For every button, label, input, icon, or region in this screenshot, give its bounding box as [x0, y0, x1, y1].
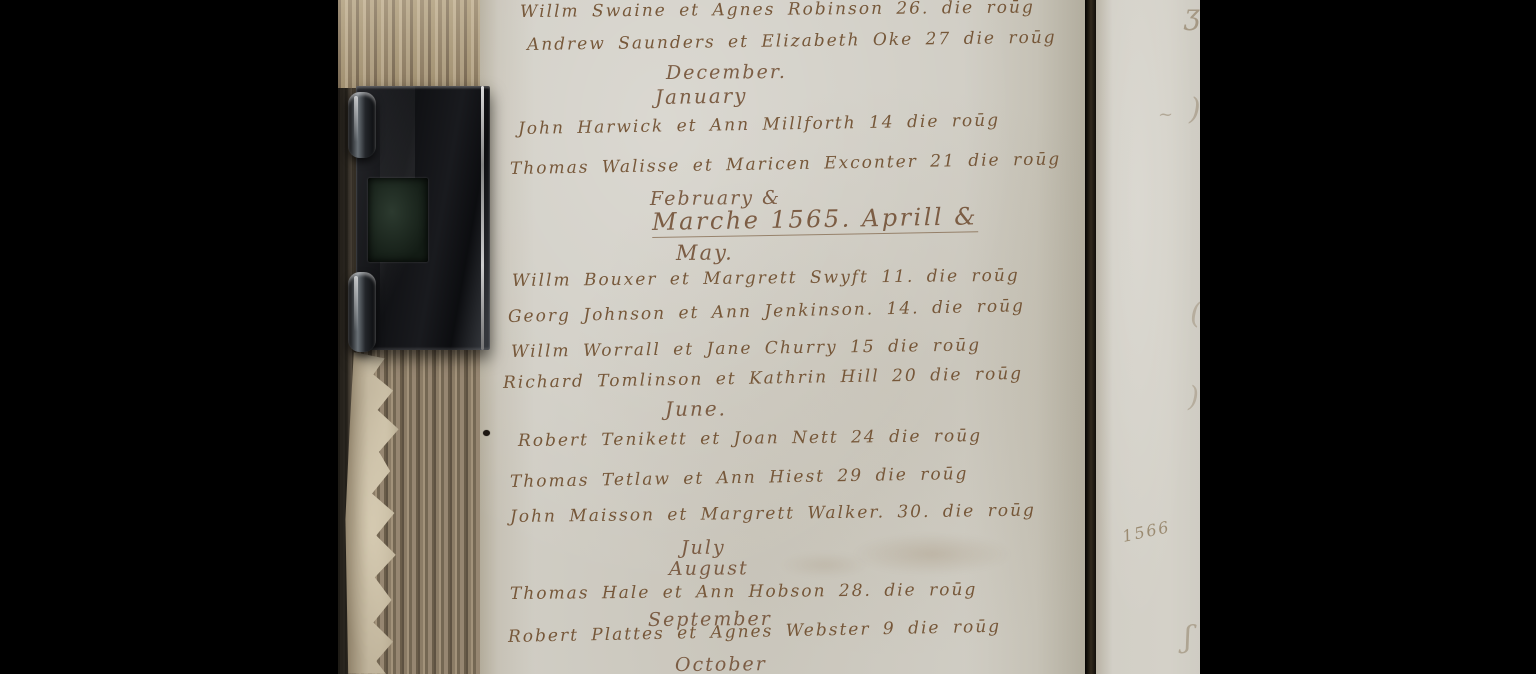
register-page [480, 0, 1085, 674]
paper-stain [780, 552, 870, 578]
metal-clip [348, 84, 490, 352]
gutter-shadow [1085, 0, 1096, 674]
year-annotation: 1566 [1121, 517, 1173, 546]
ink-fragment: ) [1189, 92, 1200, 127]
ink-fragment: ( [1190, 296, 1200, 331]
ink-fragment: ʒ [1184, 0, 1200, 31]
clip-hinge-bottom [348, 272, 376, 352]
top-page-edges [338, 0, 488, 88]
paper-stain [852, 533, 1012, 575]
facing-page-edge: 1566 ʒ)~()ʃ [1096, 0, 1200, 674]
clip-hinge-top [348, 92, 376, 158]
ink-fragment: ʃ [1184, 620, 1192, 655]
ink-fragment: ~ [1158, 104, 1173, 125]
clip-window [368, 178, 428, 262]
book-photo: 1566 ʒ)~()ʃ [338, 0, 1200, 674]
ink-blot [483, 430, 490, 436]
clip-body [356, 86, 490, 350]
ink-fragment: ) [1188, 380, 1199, 413]
